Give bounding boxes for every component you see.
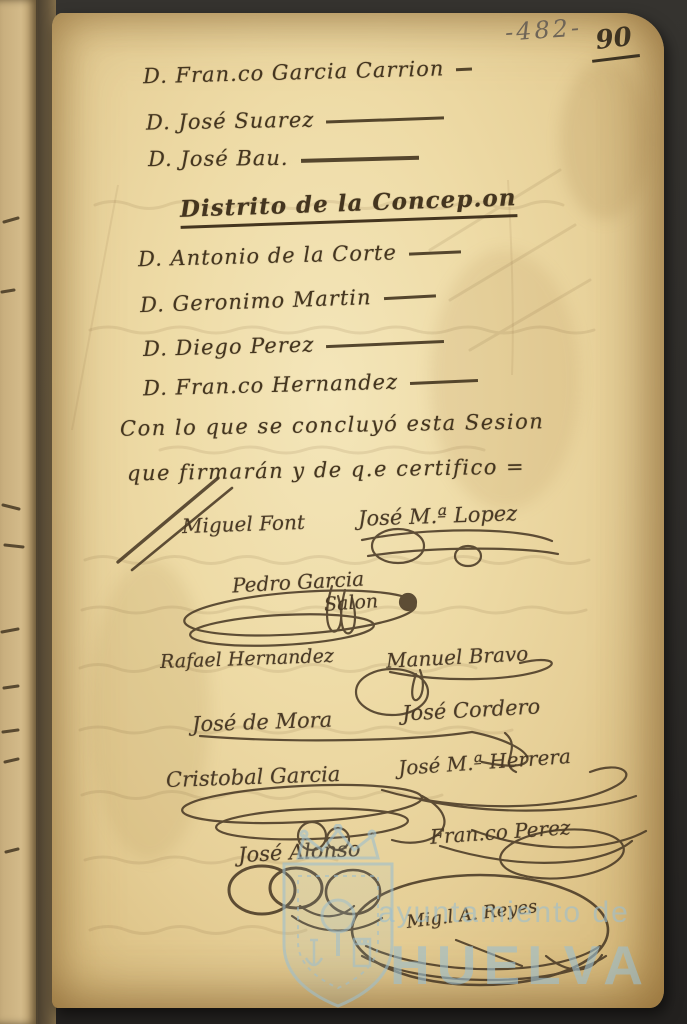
attendee-name: D. José Suarez <box>146 108 315 135</box>
filler-dash <box>383 294 435 300</box>
folio-number-pencil: -482- <box>504 13 583 46</box>
signature: Salon <box>323 590 379 616</box>
attendee-name: D. José Bau. <box>148 146 289 171</box>
filler-dash <box>301 155 419 162</box>
filler-dash <box>326 340 444 348</box>
signature: José de Mora <box>192 708 333 737</box>
folio-number-ink: 90 <box>588 21 640 63</box>
filler-dash <box>326 116 444 123</box>
scanned-document-view: { "folio": { "pencil": "-482-", "ink": "… <box>0 0 687 1024</box>
paper-stain <box>90 560 210 860</box>
filler-dash <box>410 379 478 385</box>
filler-dash <box>456 68 472 72</box>
previous-page-edge <box>0 0 38 1024</box>
attendee-name: D. Diego Perez <box>143 332 315 360</box>
signature: Miguel Font <box>182 510 306 538</box>
paper-stain <box>560 60 650 220</box>
attendee-line: D. José Bau. <box>148 145 419 171</box>
filler-dash <box>409 250 461 255</box>
